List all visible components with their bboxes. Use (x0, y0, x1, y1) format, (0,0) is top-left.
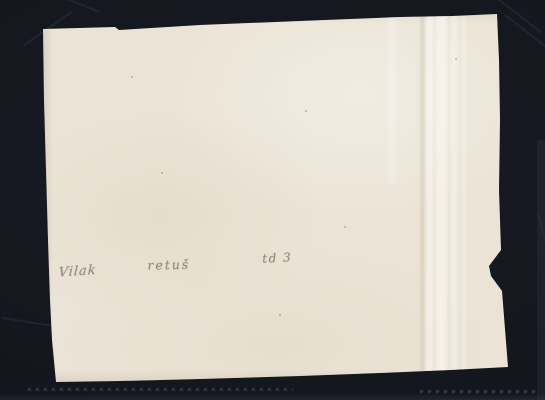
backdrop-right-sheen (537, 140, 545, 400)
scratch-mark (61, 0, 100, 13)
scratch-row (28, 388, 293, 391)
plate-number-text: td 3 (262, 250, 293, 266)
photo-backdrop: Vilak retuš td 3 (0, 0, 545, 400)
retouch-note-text: retuš (147, 257, 190, 273)
expert-signature-text: Vilak (58, 263, 97, 281)
pencil-inscription: Vilak retuš td 3 (39, 9, 512, 387)
stamp-paper-back: Vilak retuš td 3 (43, 14, 508, 382)
backdrop-bottom-sheen (0, 393, 545, 400)
